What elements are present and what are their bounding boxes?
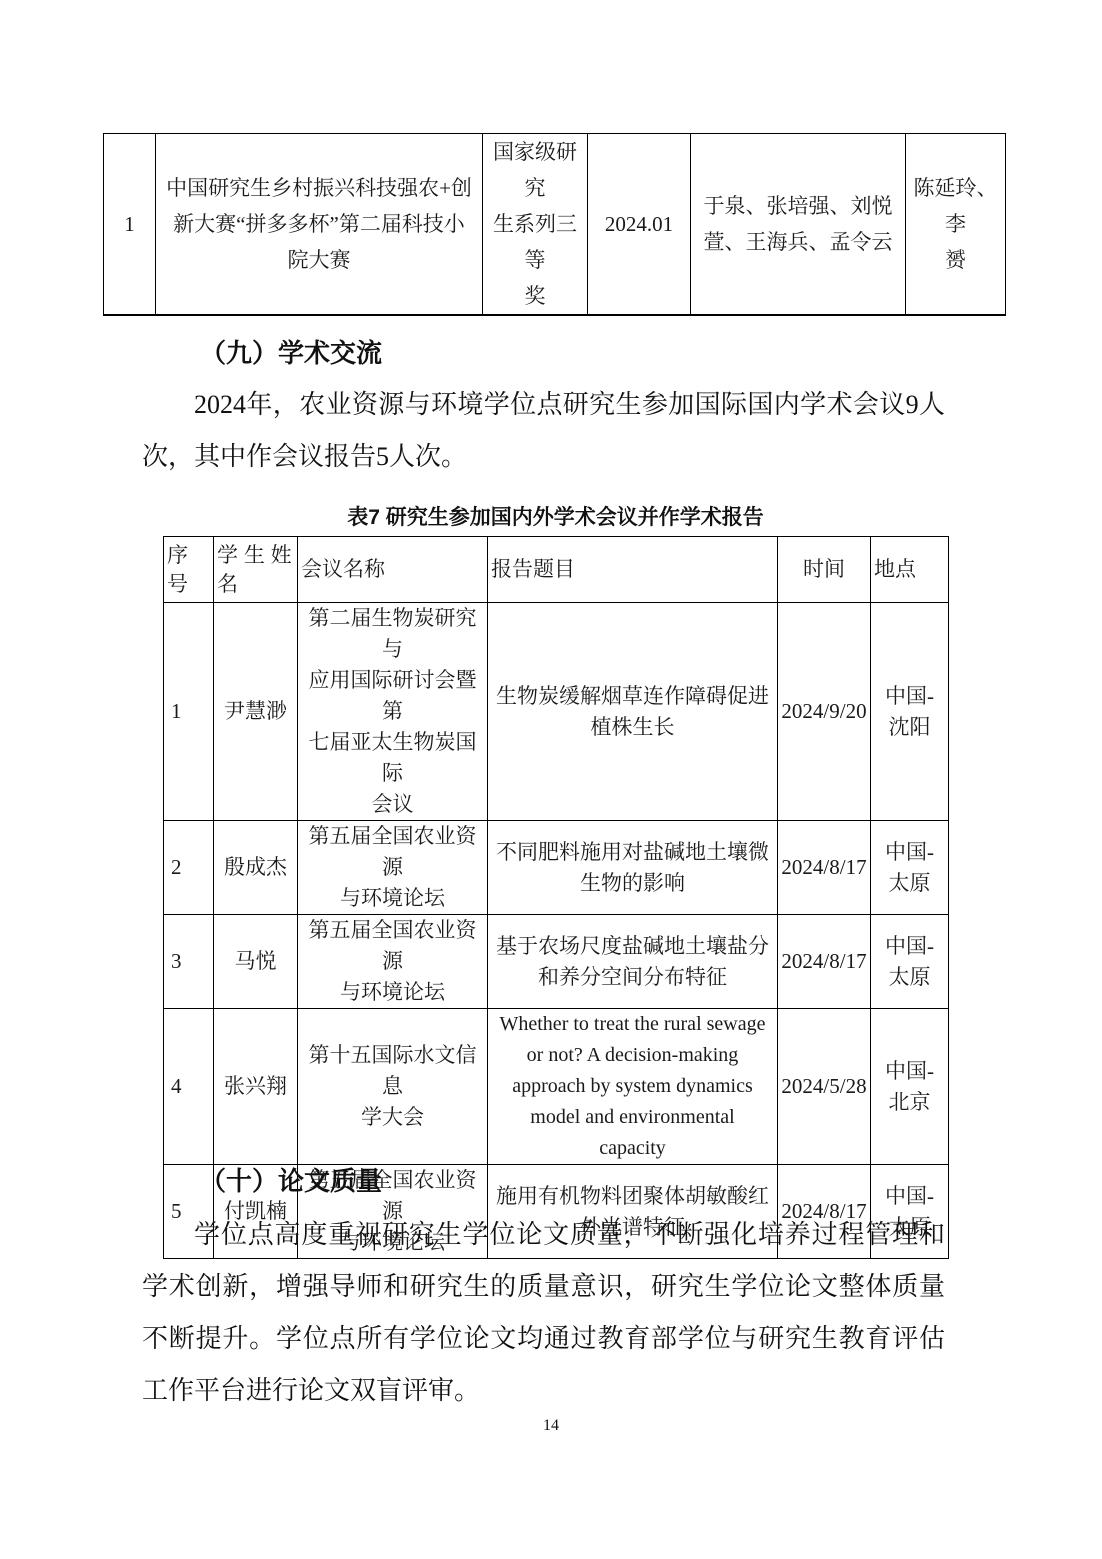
cell-time: 2024/8/17 [778, 821, 871, 915]
document-page: 1 中国研究生乡村振兴科技强农+创 新大赛“拼多多杯”第二届科技小 院大赛 国家… [0, 0, 1102, 1559]
award-cell-competition-name: 中国研究生乡村振兴科技强农+创 新大赛“拼多多杯”第二届科技小 院大赛 [156, 134, 483, 316]
page-number: 14 [0, 1417, 1102, 1435]
cell-student: 马悦 [214, 915, 298, 1009]
table7-caption: 表7 研究生参加国内外学术会议并作学术报告 [163, 501, 948, 531]
table-row: 1 尹慧渺 第二届生物炭研究与 应用国际研讨会暨第 七届亚太生物炭国际 会议 生… [164, 603, 949, 821]
cell-place: 中国- 太原 [871, 915, 949, 1009]
cell-time: 2024/5/28 [778, 1009, 871, 1165]
cell-time: 2024/9/20 [778, 603, 871, 821]
conference-table: 序 号 学 生 姓 名 会议名称 报告题目 时间 地点 1 尹慧渺 第二届生物炭… [163, 536, 949, 1259]
section9-paragraph: 2024年，农业资源与环境学位点研究生参加国际国内学术会议9人次，其中作会议报告… [142, 379, 945, 483]
cell-serial: 1 [164, 603, 214, 821]
header-student-name: 学 生 姓 名 [214, 537, 298, 603]
table-row: 4 张兴翔 第十五国际水文信息 学大会 Whether to treat the… [164, 1009, 949, 1165]
cell-conference: 第五届全国农业资源 与环境论坛 [298, 821, 488, 915]
section-heading-academic-exchange: （九）学术交流 [200, 333, 382, 370]
section10-paragraph: 学位点高度重视研究生学位论文质量，不断强化培养过程管理和学术创新，增强导师和研究… [142, 1209, 945, 1417]
award-cell-date: 2024.01 [588, 134, 691, 316]
header-place: 地点 [871, 537, 949, 603]
cell-conference: 第十五国际水文信息 学大会 [298, 1009, 488, 1165]
cell-place: 中国- 北京 [871, 1009, 949, 1165]
table-row: 3 马悦 第五届全国农业资源 与环境论坛 基于农场尺度盐碱地土壤盐分 和养分空间… [164, 915, 949, 1009]
cell-conference: 第五届全国农业资源 与环境论坛 [298, 915, 488, 1009]
table-row: 2 殷成杰 第五届全国农业资源 与环境论坛 不同肥料施用对盐碱地土壤微 生物的影… [164, 821, 949, 915]
cell-student: 张兴翔 [214, 1009, 298, 1165]
cell-title: 基于农场尺度盐碱地土壤盐分 和养分空间分布特征 [488, 915, 778, 1009]
section-heading-thesis-quality: （十）论文质量 [200, 1161, 382, 1198]
cell-place: 中国- 太原 [871, 821, 949, 915]
header-time: 时间 [778, 537, 871, 603]
cell-serial: 2 [164, 821, 214, 915]
cell-title: Whether to treat the rural sewage or not… [488, 1009, 778, 1165]
cell-title: 不同肥料施用对盐碱地土壤微 生物的影响 [488, 821, 778, 915]
cell-student: 殷成杰 [214, 821, 298, 915]
award-cell-advisors: 陈延玲、李 赟 [906, 134, 1006, 316]
cell-place: 中国- 沈阳 [871, 603, 949, 821]
award-cell-serial: 1 [104, 134, 156, 316]
cell-title: 生物炭缓解烟草连作障碍促进 植株生长 [488, 603, 778, 821]
cell-serial: 3 [164, 915, 214, 1009]
award-table-continued: 1 中国研究生乡村振兴科技强农+创 新大赛“拼多多杯”第二届科技小 院大赛 国家… [103, 133, 1006, 316]
cell-conference: 第二届生物炭研究与 应用国际研讨会暨第 七届亚太生物炭国际 会议 [298, 603, 488, 821]
conference-table-header-row: 序 号 学 生 姓 名 会议名称 报告题目 时间 地点 [164, 537, 949, 603]
cell-time: 2024/8/17 [778, 915, 871, 1009]
cell-student: 尹慧渺 [214, 603, 298, 821]
header-serial: 序 号 [164, 537, 214, 603]
award-cell-participants: 于泉、张培强、刘悦 萱、王海兵、孟令云 [691, 134, 906, 316]
cell-serial: 4 [164, 1009, 214, 1165]
award-table-row: 1 中国研究生乡村振兴科技强农+创 新大赛“拼多多杯”第二届科技小 院大赛 国家… [104, 134, 1006, 316]
header-conference-name: 会议名称 [298, 537, 488, 603]
header-report-title: 报告题目 [488, 537, 778, 603]
award-cell-award-level: 国家级研究 生系列三等 奖 [483, 134, 588, 316]
